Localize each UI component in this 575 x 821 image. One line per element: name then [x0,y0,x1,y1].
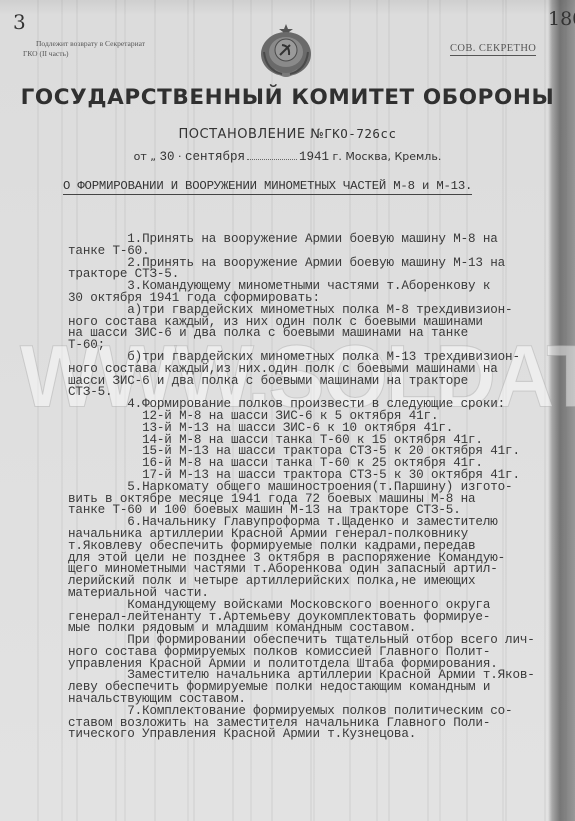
document-page: 3 180 Подлежит возврату в Секретариат ГК… [0,0,575,821]
return-note-line-1: Подлежит возврату в Секретариат [23,39,145,49]
date-month: сентября [185,150,245,164]
decree-body: 1.Принять на вооружение Армии боевую маш… [68,234,558,741]
committee-title: ГОСУДАРСТВЕННЫЙ КОМИТЕТ ОБОРОНЫ [0,85,575,110]
date-year: 1941 [299,150,329,164]
date-line: от „ 30 · сентября1941 г. Москва, Кремль… [0,150,575,164]
decree-number: ГКО-726сс [324,126,396,141]
decree-label: ПОСТАНОВЛЕНИЕ № [179,127,325,142]
decree-heading: ПОСТАНОВЛЕНИЕ №ГКО-726сс [0,126,575,142]
body-line: тического Управления Красной Армии т.Куз… [68,729,558,741]
handwritten-folio-number: 180 [548,8,575,30]
date-prefix: от „ [134,150,156,163]
body-line: шасси ЗИС-6 и два полка с боевыми машина… [68,376,558,388]
ussr-emblem-icon [256,22,316,82]
handwritten-sheet-number: 3 [13,10,26,34]
date-day: 30 [160,150,175,164]
return-note-line-2: ГКО (II часть) [23,49,145,59]
decree-subject: О ФОРМИРОВАНИИ И ВООРУЖЕНИИ МИНОМЕТНЫХ Ч… [63,179,472,195]
body-line: на шасси ЗИС-6 и два полка с боевыми маш… [68,328,558,340]
classification-stamp: СОВ. СЕКРЕТНО [450,43,536,56]
return-note: Подлежит возврату в Секретариат ГКО (II … [23,39,145,59]
date-place: г. Москва, Кремль. [333,150,442,163]
